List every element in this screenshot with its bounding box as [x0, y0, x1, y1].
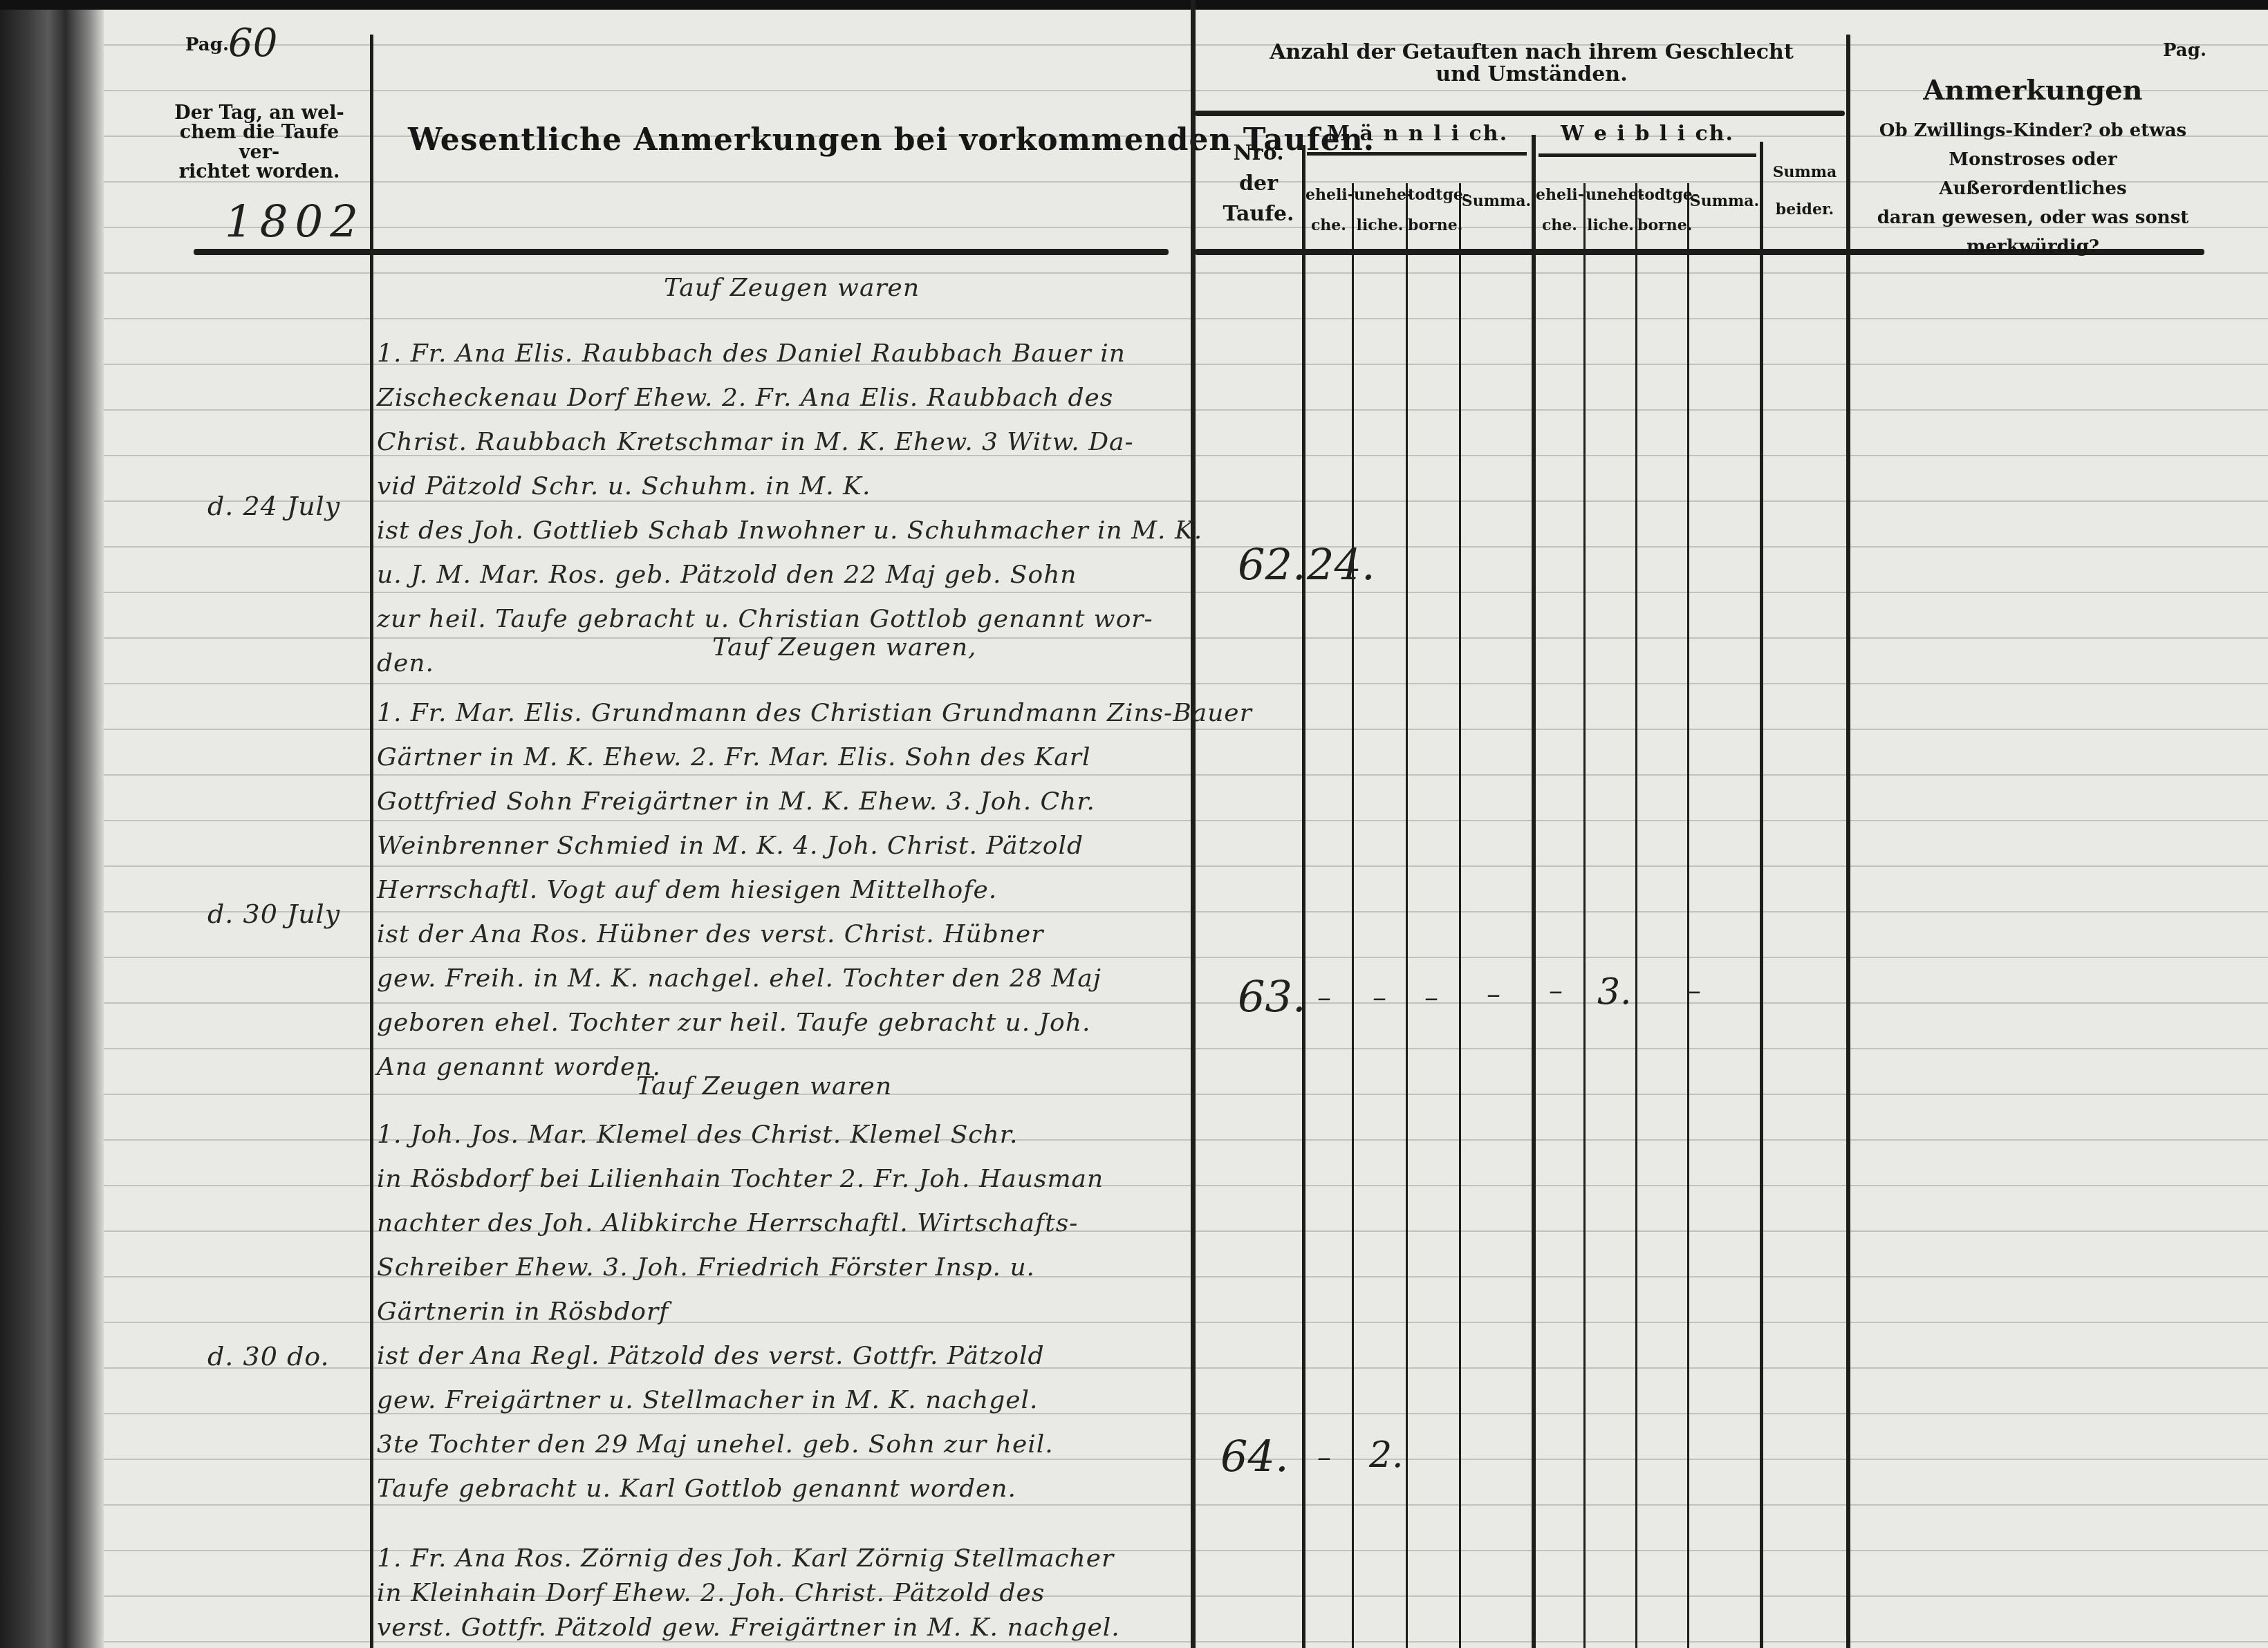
text-line: Herrschaftl. Vogt auf dem hiesigen Mitte… [377, 868, 1252, 912]
remarks-line: Ob Zwillings-Kinder? ob etwas [1853, 116, 2213, 145]
sub-header-line: eheli- [1536, 180, 1583, 210]
sponsors-heading: Tauf Zeugen waren, [712, 626, 977, 670]
sub-header-line: beider. [1763, 191, 1846, 228]
entry-text: 1. Joh. Jos. Mar. Klemel des Christ. Kle… [377, 1113, 1104, 1334]
col-divider [1352, 183, 1354, 1648]
text-line: 1. Joh. Jos. Mar. Klemel des Christ. Kle… [377, 1113, 1104, 1157]
text-line: Taufe gebracht u. Karl Gottlob genannt w… [377, 1467, 1054, 1511]
sub-header-line: unehe- [1586, 180, 1635, 210]
row-63-m-ehelich: – [1317, 982, 1331, 1013]
sponsors-heading: Tauf Zeugen waren [664, 266, 920, 310]
m-summa-header: Summa. [1461, 194, 1532, 209]
entry-date: d. 30 July [207, 892, 340, 936]
text-line: geboren ehel. Tochter zur heil. Taufe ge… [377, 1001, 1252, 1045]
text-line: Gärtnerin in Rösbdorf [377, 1290, 1104, 1334]
sub-header-line: todtge- [1408, 180, 1459, 210]
sponsors-heading: Tauf Zeugen waren [636, 1065, 892, 1109]
entry-text: 1. Fr. Ana Ros. Zörnig des Joh. Karl Zör… [377, 1542, 1120, 1645]
year: 1802 [225, 197, 365, 248]
text-line: verst. Gottfr. Pätzold gew. Freigärtner … [377, 1611, 1120, 1645]
group-header-line: Anzahl der Getauften nach ihrem Geschlec… [1245, 41, 1819, 64]
row-62-nro: 62. [1238, 539, 1306, 590]
sub-header-line: unehe- [1354, 180, 1406, 210]
text-line: in Rösbdorf bei Lilienhain Tochter 2. Fr… [377, 1157, 1104, 1201]
col-divider [1687, 183, 1689, 1648]
date-header-line: richtet worden. [166, 162, 353, 182]
nro-header-line: der [1217, 169, 1300, 199]
row-63-w-ehelich: – [1549, 975, 1563, 1006]
row-64-m-ehelich: – [1317, 1441, 1331, 1473]
left-page-number: 60 [228, 21, 277, 66]
col-divider-nro [1302, 145, 1305, 1648]
text-line: 1. Fr. Mar. Elis. Grundmann des Christia… [377, 691, 1252, 736]
group-header-rule [1195, 111, 1845, 116]
text-line: 1. Fr. Ana Ros. Zörnig des Joh. Karl Zör… [377, 1542, 1120, 1576]
entry-date: d. 24 July [207, 484, 340, 528]
text-line: Schreiber Ehew. 3. Joh. Friedrich Förste… [377, 1246, 1104, 1290]
remarks-line: Monstroses oder Außerordentliches [1853, 145, 2213, 203]
maennlich-header: M ä n n l i ch. [1307, 123, 1528, 145]
weiblich-underline [1539, 153, 1756, 157]
row-63-m-unehelich: – [1373, 982, 1386, 1013]
group-header: Anzahl der Getauften nach ihrem Geschlec… [1245, 41, 1819, 85]
col-divider-summa [1760, 142, 1763, 1648]
col-divider [1459, 183, 1461, 1648]
weiblich-header: W e i b l i ch. [1539, 123, 1756, 145]
left-page-label: Pag. [185, 36, 229, 55]
row-63-w-todtgeborne: – [1687, 975, 1701, 1006]
row-63-m-todtgeborne: – [1424, 982, 1438, 1013]
text-line: vid Pätzold Schr. u. Schuhm. in M. K. [377, 465, 1202, 509]
col-divider [1406, 183, 1408, 1648]
summa-beider-header: Summa beider. [1763, 153, 1846, 228]
col-divider [1583, 183, 1586, 1648]
row-64-nro: 64. [1220, 1431, 1289, 1481]
remarks-line: merkwürdig? [1853, 232, 2213, 261]
text-line: 1. Fr. Ana Elis. Raubbach des Daniel Rau… [377, 332, 1202, 376]
date-header-line: chem die Taufe ver- [166, 123, 353, 162]
col-divider-remarks [1846, 35, 1850, 1648]
text-line: ist der Ana Ros. Hübner des verst. Chris… [377, 912, 1252, 957]
text-line: Gärtner in M. K. Ehew. 2. Fr. Mar. Elis.… [377, 736, 1252, 780]
entry-date: d. 30 do. [207, 1334, 330, 1378]
nro-header-line: Taufe. [1217, 199, 1300, 230]
m-ehelich-header: eheli- che. [1305, 180, 1352, 241]
row-62-m-ehelich: 24. [1307, 539, 1375, 590]
text-line: gew. Freigärtner u. Stellmacher in M. K.… [377, 1378, 1054, 1423]
entry-text: 1. Fr. Mar. Elis. Grundmann des Christia… [377, 691, 1252, 1089]
sub-header-line: todtge- [1637, 180, 1687, 210]
sub-header-line: liche. [1354, 210, 1406, 241]
w-summa-header: Summa. [1689, 194, 1760, 209]
w-ehelich-header: eheli- che. [1536, 180, 1583, 241]
remarks-line: daran gewesen, oder was sonst [1853, 203, 2213, 232]
maennlich-underline [1307, 152, 1527, 156]
text-line: ist des Joh. Gottlieb Schab Inwohner u. … [377, 509, 1202, 553]
row-63-w-unehelich: 3. [1597, 971, 1632, 1013]
top-edge [0, 0, 2268, 10]
w-todtgeborne-header: todtge- borne. [1637, 180, 1687, 241]
text-line: Weinbrenner Schmied in M. K. 4. Joh. Chr… [377, 824, 1252, 868]
sub-header-line: che. [1305, 210, 1352, 241]
sub-header-line: liche. [1586, 210, 1635, 241]
text-line: Christ. Raubbach Kretschmar in M. K. Ehe… [377, 420, 1202, 465]
text-line: Zischeckenau Dorf Ehew. 2. Fr. Ana Elis.… [377, 376, 1202, 420]
sub-header-line: Summa [1763, 153, 1846, 191]
text-line: nachter des Joh. Alibkirche Herrschaftl.… [377, 1201, 1104, 1246]
remarks-question: Ob Zwillings-Kinder? ob etwas Monstroses… [1853, 116, 2213, 261]
sub-header-line: che. [1536, 210, 1583, 241]
col-divider [1635, 183, 1637, 1648]
text-line: Gottfried Sohn Freigärtner in M. K. Ehew… [377, 780, 1252, 824]
sub-header-line: eheli- [1305, 180, 1352, 210]
entry-text: ist der Ana Regl. Pätzold des verst. Got… [377, 1334, 1054, 1511]
text-line: u. J. M. Mar. Ros. geb. Pätzold den 22 M… [377, 553, 1202, 597]
text-line: in Kleinhain Dorf Ehew. 2. Joh. Christ. … [377, 1576, 1120, 1611]
date-column-header: Der Tag, an wel- chem die Taufe ver- ric… [166, 104, 353, 182]
col-divider-gender [1532, 135, 1536, 1648]
text-line: ist der Ana Regl. Pätzold des verst. Got… [377, 1334, 1054, 1378]
right-page-label: Pag. [2163, 41, 2206, 60]
group-header-line: und Umständen. [1245, 64, 1819, 86]
date-header-line: Der Tag, an wel- [166, 104, 353, 123]
w-unehelich-header: unehe- liche. [1586, 180, 1635, 241]
sub-header-line: borne. [1408, 210, 1459, 241]
m-unehelich-header: unehe- liche. [1354, 180, 1406, 241]
book-binding-shadow [0, 0, 104, 1648]
m-todtgeborne-header: todtge- borne. [1408, 180, 1459, 241]
row-63-nro: 63. [1238, 971, 1306, 1022]
header-rule [194, 249, 1169, 255]
nro-header: Nro. der Taufe. [1217, 138, 1300, 230]
register-scan: Pag. 60 Der Tag, an wel- chem die Taufe … [0, 0, 2268, 1648]
row-64-m-unehelich: 2. [1369, 1434, 1404, 1476]
text-line: 3te Tochter den 29 Maj unehel. geb. Sohn… [377, 1423, 1054, 1467]
remarks-title: Anmerkungen [1853, 76, 2213, 105]
text-line: gew. Freih. in M. K. nachgel. ehel. Toch… [377, 957, 1252, 1001]
row-63-m-summa: – [1487, 978, 1500, 1010]
nro-header-line: Nro. [1217, 138, 1300, 169]
date-column-divider [370, 35, 373, 1648]
sub-header-line: borne. [1637, 210, 1687, 241]
